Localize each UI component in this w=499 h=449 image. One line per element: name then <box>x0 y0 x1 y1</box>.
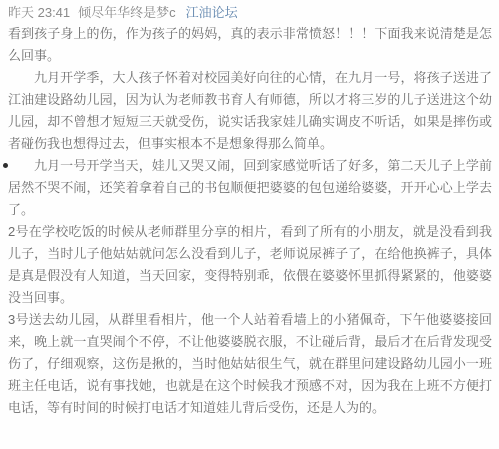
post-author: 倾尽年华终是梦c <box>78 5 176 20</box>
paragraph-school-start: 九月开学季，大人孩子怀着对校园美好向往的心情，在九月一号，将孩子送进了江油建设路… <box>8 67 492 155</box>
list-bullet-icon <box>3 163 8 168</box>
post-timestamp: 昨天 23:41 <box>8 5 70 20</box>
paragraph-day-one-text: 九月一号开学当天，娃儿又哭又闹，回到家感觉听话了好多，第二天儿子上学前居然不哭不… <box>8 158 492 217</box>
forum-post-page: 昨天 23:41倾尽年华终是梦c江油论坛 看到孩子身上的伤，作为孩子的妈妈，真的… <box>0 0 499 449</box>
post-meta: 昨天 23:41倾尽年华终是梦c江油论坛 <box>8 3 492 23</box>
paragraph-intro: 看到孩子身上的伤，作为孩子的妈妈，真的表示非常愤怒！！！下面我来说清楚是怎么回事… <box>8 23 492 67</box>
paragraph-day-one: 九月一号开学当天，娃儿又哭又闹，回到家感觉听话了好多，第二天儿子上学前居然不哭不… <box>8 155 492 221</box>
paragraph-day-two: 2号在学校吃饭的时候从老师群里分享的相片，看到了所有的小朋友，就是没看到我儿子，… <box>8 221 492 309</box>
paragraph-day-three: 3号送去幼儿园，从群里看相片，他一个人站着看墙上的小猪佩奇，下午他婆婆接回来，晚… <box>8 309 492 419</box>
forum-link[interactable]: 江油论坛 <box>186 5 238 20</box>
